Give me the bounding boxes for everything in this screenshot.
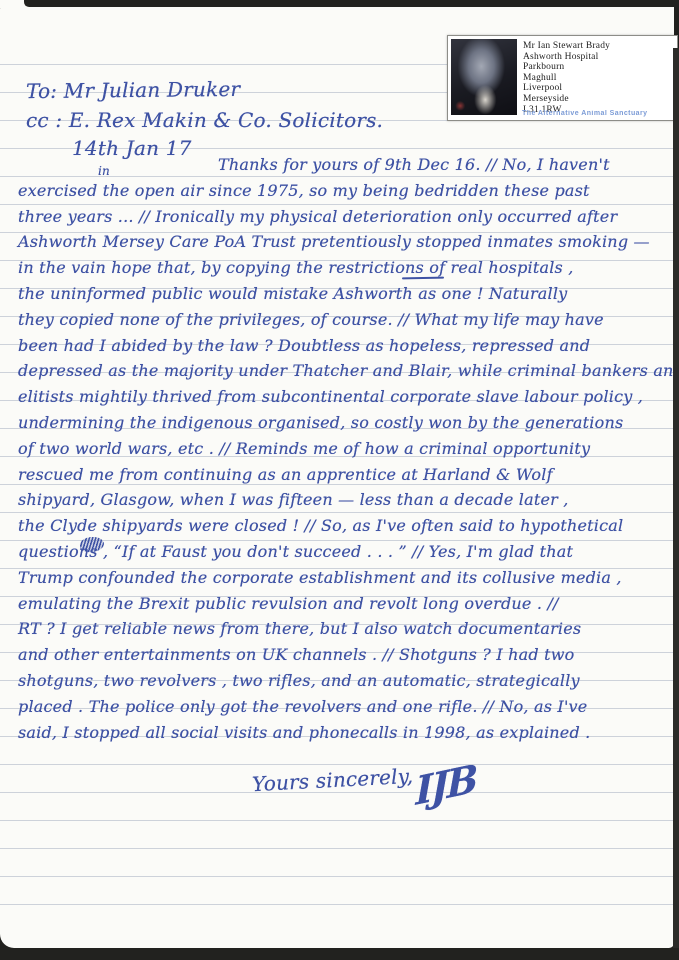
handwritten-line: been had I abided by the law ? Doubtless… xyxy=(18,333,666,359)
horse-photo xyxy=(451,39,517,115)
handwritten-line: and other entertainments on UK channels … xyxy=(18,642,666,668)
address-line: Liverpool xyxy=(523,83,674,94)
handwritten-line: exercised the open air since 1975, so my… xyxy=(18,178,666,204)
handwritten-line: three years ... // Ironically my physica… xyxy=(18,204,666,230)
handwritten-line: Thanks for yours of 9th Dec 16. // No, I… xyxy=(18,152,666,178)
address-line: Merseyside xyxy=(523,94,674,105)
handwritten-line: RT ? I get reliable news from there, but… xyxy=(18,616,666,642)
handwritten-line: said, I stopped all social visits and ph… xyxy=(18,720,666,746)
cc-line: cc : E. Rex Makin & Co. Solicitors. xyxy=(26,108,383,132)
handwritten-line: shipyard, Glasgow, when I was fifteen — … xyxy=(18,487,666,513)
handwritten-line: shotguns, two revolvers , two rifles, an… xyxy=(18,668,666,694)
handwritten-line: emulating the Brexit public revulsion an… xyxy=(18,591,666,617)
handwritten-line: placed . The police only got the revolve… xyxy=(18,694,666,720)
address-label: Mr Ian Stewart BradyAshworth HospitalPar… xyxy=(447,35,678,121)
handwritten-line: Ashworth Mersey Care PoA Trust pretentio… xyxy=(18,229,666,255)
sanctuary-caption: The Alternative Animal Sanctuary xyxy=(522,110,675,117)
label-address: Mr Ian Stewart BradyAshworth HospitalPar… xyxy=(523,41,674,115)
letter-paper: Mr Ian Stewart BradyAshworth HospitalPar… xyxy=(0,6,674,948)
scan-edge-bottom xyxy=(0,948,679,960)
scan-edge-top xyxy=(24,0,679,7)
handwritten-line: depressed as the majority under Thatcher… xyxy=(18,358,666,384)
address-line: Ashworth Hospital xyxy=(523,52,674,63)
handwritten-line: elitists mightily thrived from subcontin… xyxy=(18,384,666,410)
handwritten-line: the Clyde shipyards were closed ! // So,… xyxy=(18,513,666,539)
handwritten-line: Trump confounded the corporate establish… xyxy=(18,565,666,591)
handwritten-line: in the vain hope that, by copying the re… xyxy=(18,255,666,281)
handwritten-line: they copied none of the privileges, of c… xyxy=(18,307,666,333)
address-line: Parkbourn xyxy=(523,62,674,73)
paper-top-corner xyxy=(0,0,26,8)
handwritten-line: questions , “If at Faust you don't succe… xyxy=(18,539,666,565)
handwritten-line: undermining the indigenous organised, so… xyxy=(18,410,666,436)
recipient-line: To: Mr Julian Druker xyxy=(26,77,240,103)
signature-initials: IJB xyxy=(416,755,477,814)
scan-edge-right xyxy=(673,48,679,960)
handwritten-line: of two world wars, etc . // Reminds me o… xyxy=(18,436,666,462)
closing-salutation: Yours sincerely, xyxy=(251,764,413,796)
letter-body: Thanks for yours of 9th Dec 16. // No, I… xyxy=(18,152,666,745)
address-line: Maghull xyxy=(523,73,674,84)
handwritten-line: rescued me from continuing as an apprent… xyxy=(18,462,666,488)
address-line: Mr Ian Stewart Brady xyxy=(523,41,674,52)
scanned-letter: Mr Ian Stewart BradyAshworth HospitalPar… xyxy=(0,0,679,960)
handwritten-line: the uninformed public would mistake Ashw… xyxy=(18,281,666,307)
